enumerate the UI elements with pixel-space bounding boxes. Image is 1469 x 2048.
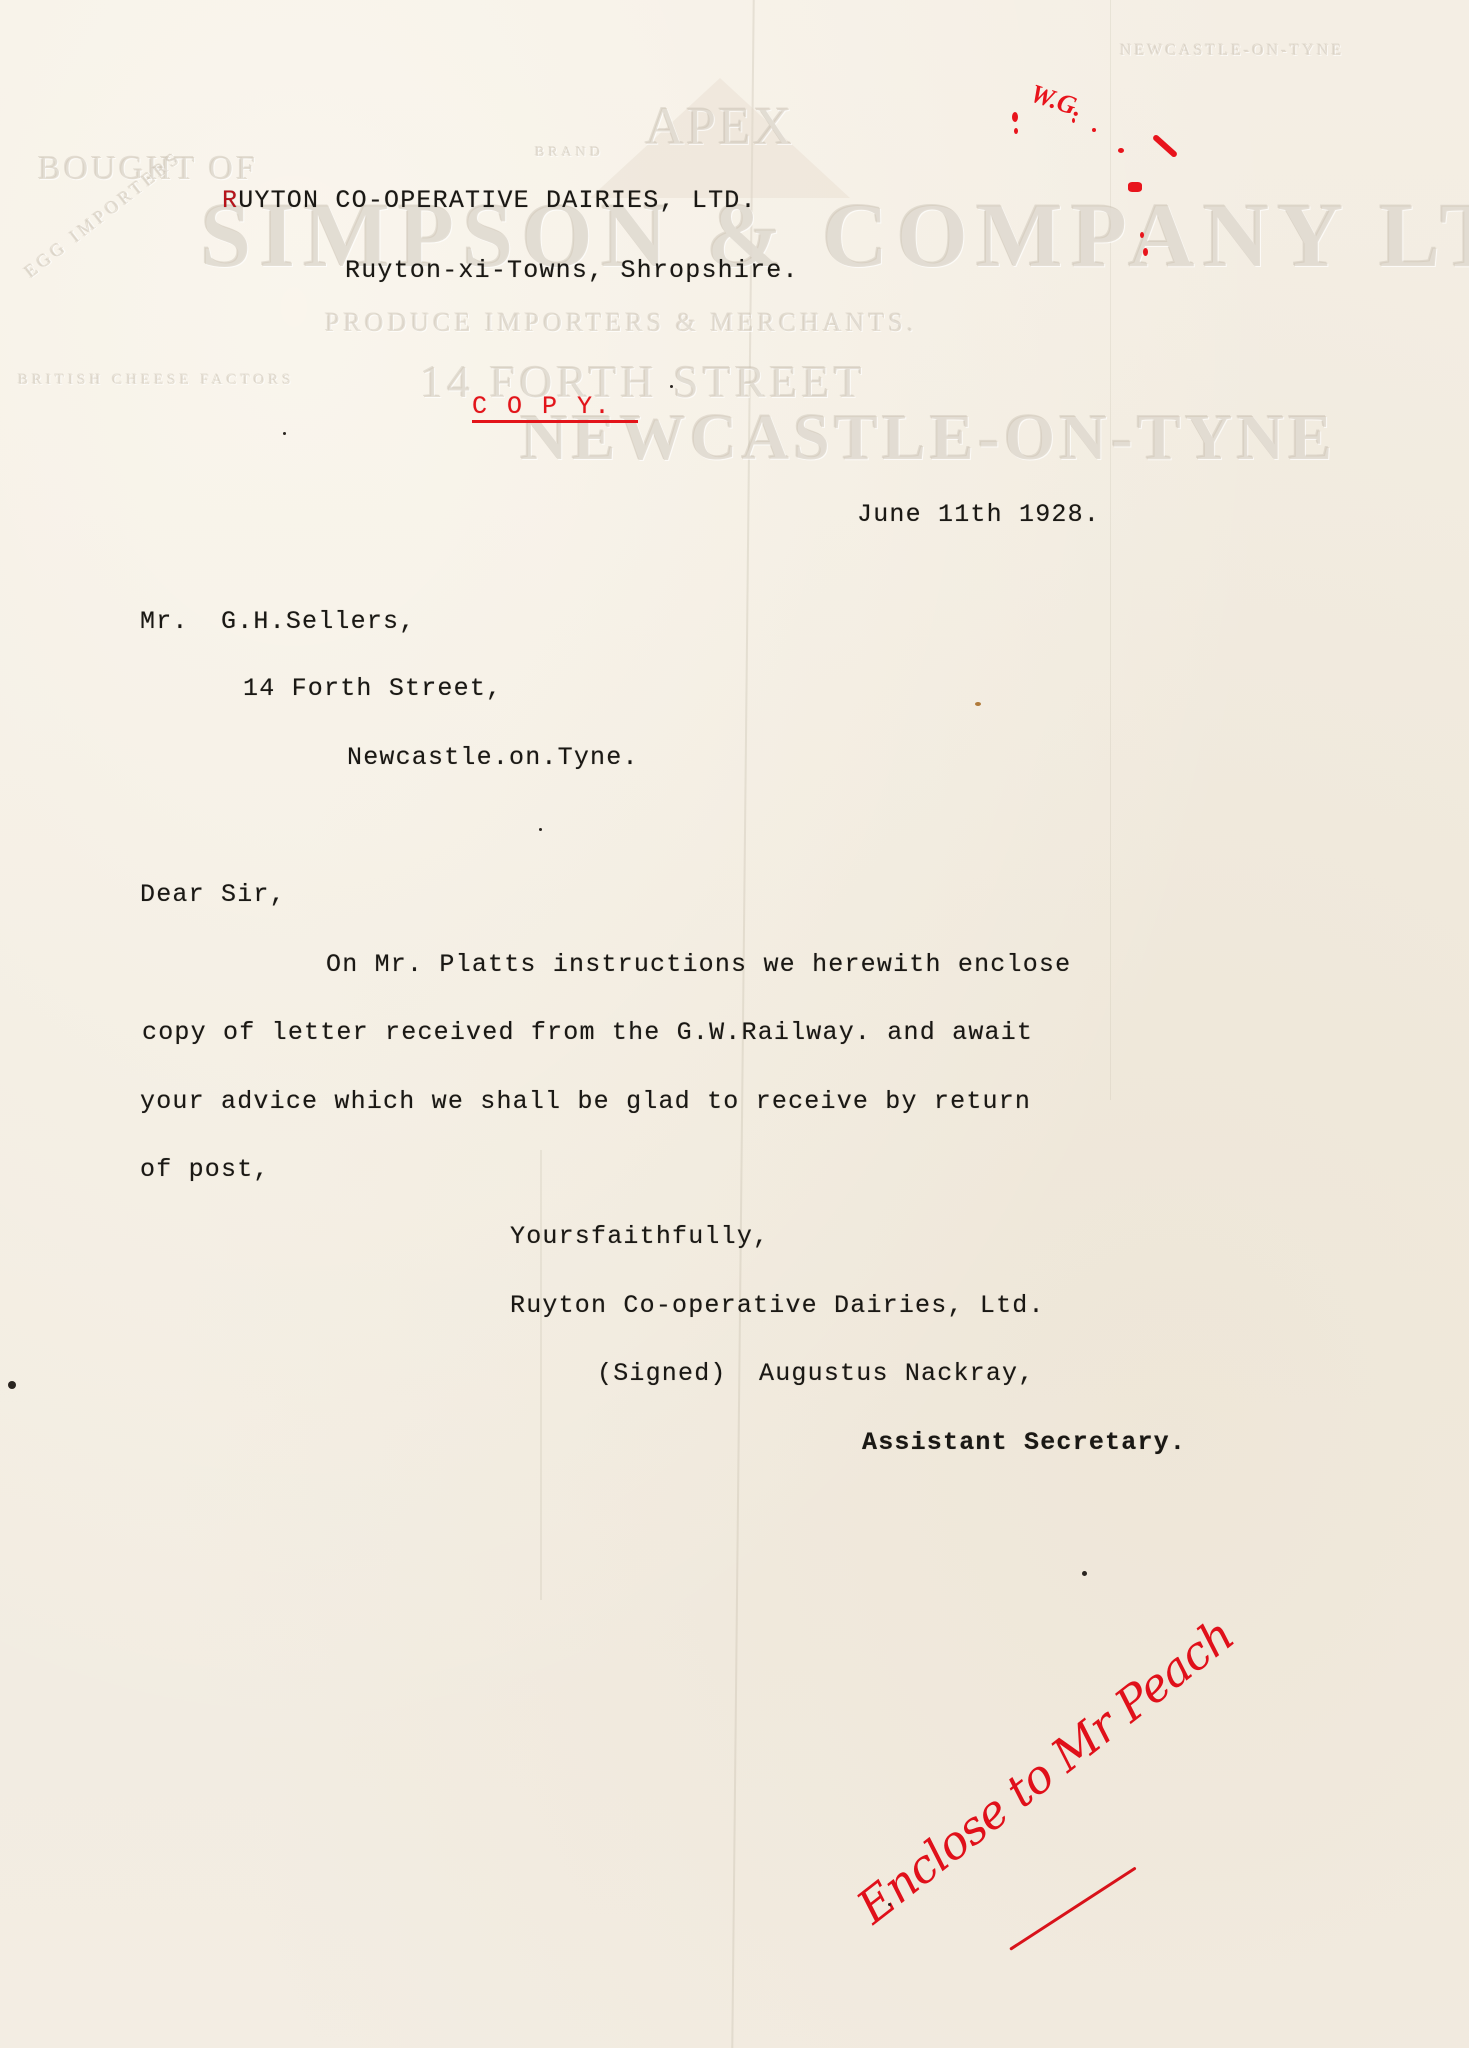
ink-speck [283, 432, 286, 435]
organisation-heading: RUYTON CO-OPERATIVE DAIRIES, LTD. [222, 186, 757, 215]
recipient-name: Mr. G.H.Sellers, [140, 607, 415, 636]
recipient-city: Newcastle.on.Tyne. [347, 743, 639, 772]
emboss-top-right: NEWCASTLE-ON-TYNE [1120, 40, 1344, 62]
ink-speck [888, 1903, 891, 1906]
emboss-produce-line: PRODUCE IMPORTERS & MERCHANTS. [325, 308, 917, 338]
body-line-4: of post, [140, 1155, 270, 1184]
organisation-location: Ruyton-xi-Towns, Shropshire. [345, 256, 799, 285]
closing-signed: (Signed) Augustus Nackray, [597, 1359, 1034, 1388]
copy-stamp-underline [472, 420, 638, 423]
letter-date: June 11th 1928. [857, 500, 1100, 529]
organisation-first-letter: R [222, 186, 238, 215]
stain-speck [975, 702, 981, 706]
emboss-city: NEWCASTLE-ON-TYNE [520, 400, 1336, 476]
closing-title: Assistant Secretary. [862, 1428, 1186, 1457]
body-line-2: copy of letter received from the G.W.Rai… [142, 1018, 1033, 1047]
body-line-1: On Mr. Platts instructions we herewith e… [326, 950, 1071, 979]
valediction: Yoursfaithfully, [510, 1222, 769, 1251]
ink-speck [539, 828, 542, 831]
recipient-street: 14 Forth Street, [243, 674, 502, 703]
ink-speck [670, 385, 673, 388]
closing-company: Ruyton Co-operative Dairies, Ltd. [510, 1291, 1045, 1320]
body-line-3: your advice which we shall be glad to re… [140, 1087, 1031, 1116]
ink-speck [1082, 1571, 1087, 1576]
ink-speck [8, 1381, 16, 1389]
fold-crease [1110, 0, 1111, 1100]
organisation-rest: UYTON CO-OPERATIVE DAIRIES, LTD. [238, 186, 756, 215]
emboss-apex-mark: APEX [645, 95, 794, 157]
fold-crease [540, 1150, 542, 1600]
copy-stamp: C O P Y. [472, 392, 612, 421]
emboss-british-cheese: BRITISH CHEESE FACTORS [18, 370, 295, 390]
salutation: Dear Sir, [140, 880, 286, 909]
